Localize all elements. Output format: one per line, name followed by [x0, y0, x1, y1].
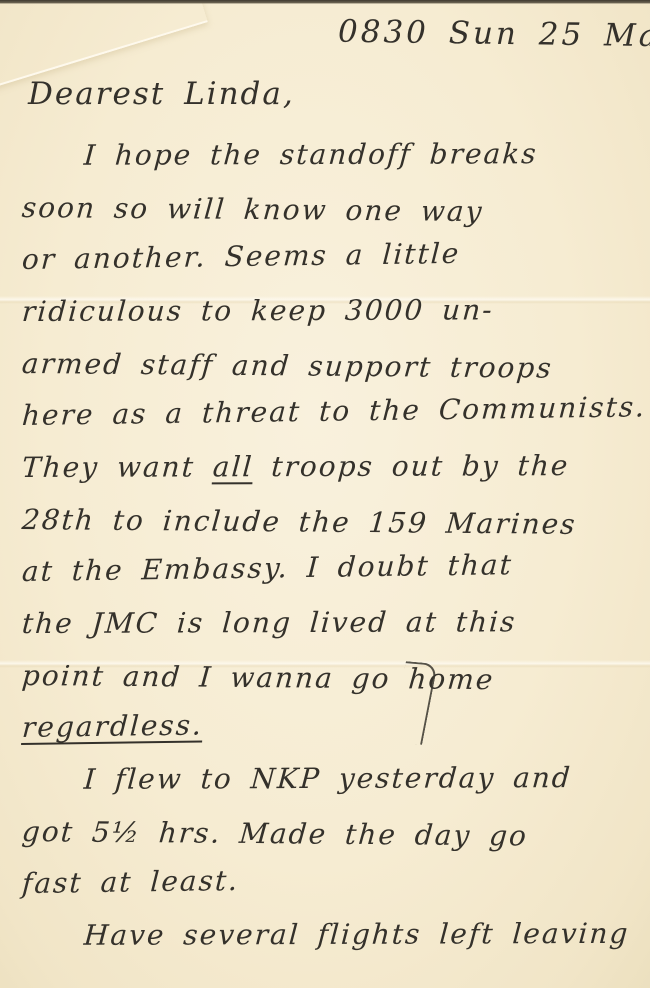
letter-line: They want all troops out by the: [20, 440, 641, 494]
letter-line: regardless.: [21, 693, 642, 754]
letter-line: ridiculous to keep 3000 un-: [20, 284, 641, 338]
letter-line: here as a threat to the Communists.: [21, 381, 642, 442]
text-segment: troops out by the: [252, 449, 570, 483]
text-segment: or another. Seems a little: [21, 237, 461, 276]
scan-edge: [0, 0, 650, 4]
text-segment: ridiculous to keep 3000 un-: [21, 293, 495, 328]
text-segment: Have several flights left leaving: [83, 917, 631, 952]
letter-line: the JMC is long lived at this: [20, 596, 641, 650]
text-segment: They want: [21, 450, 214, 484]
text-segment: 28th to include the 159 Marines: [21, 503, 578, 541]
letter-line: at the Embassy. I doubt that: [21, 537, 642, 598]
text-segment: got 5½ hrs. Made the day go: [21, 815, 530, 852]
text-segment: fast at least.: [21, 864, 240, 900]
text-segment: armed staff and support troops: [21, 347, 554, 385]
text-segment: I flew to NKP yesterday and: [83, 761, 573, 796]
letter-line: I hope the standoff breaks: [20, 128, 641, 182]
date-line: 0830 Sun 25 Mar: [338, 14, 650, 55]
letter-line: or another. Seems a little: [21, 225, 642, 286]
text-segment: the JMC is long lived at this: [21, 605, 518, 640]
underlined-text: all: [212, 450, 255, 483]
letter-body: I hope the standoff breakssoon so will k…: [22, 130, 640, 962]
letter-line: I flew to NKP yesterday and: [20, 752, 641, 806]
letter-line: Have several flights left leaving: [20, 908, 641, 962]
letter-paper: 0830 Sun 25 Mar Dearest Linda, I hope th…: [0, 0, 650, 988]
text-segment: soon so will know one way: [21, 191, 485, 228]
letter-line: fast at least.: [21, 849, 642, 910]
greeting: Dearest Linda,: [28, 76, 295, 112]
text-segment: here as a threat to the Communists.: [21, 390, 647, 432]
underlined-text: regardless.: [21, 708, 204, 744]
text-segment: at the Embassy. I doubt that: [21, 548, 514, 588]
text-segment: I hope the standoff breaks: [83, 137, 539, 172]
